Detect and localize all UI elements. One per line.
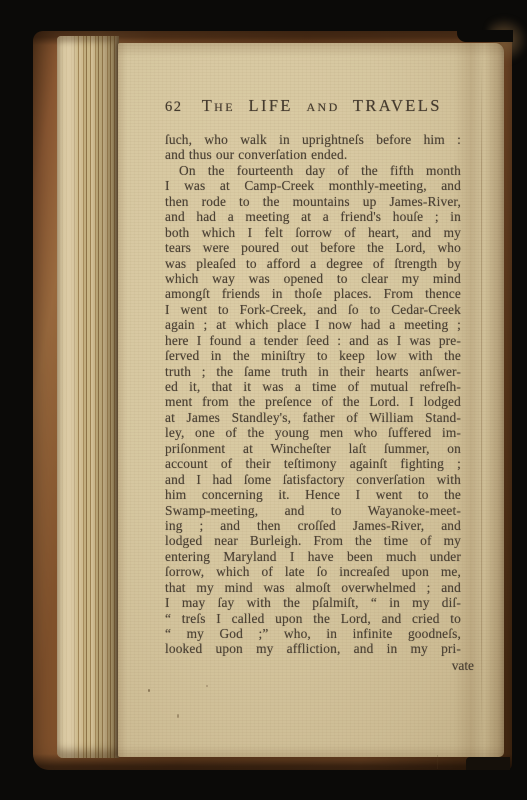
paper-speck bbox=[177, 714, 179, 718]
body-lines: ſuch, who walk in uprightneſs before him… bbox=[165, 132, 461, 657]
text-line: both which I felt ſorrow of heart, and m… bbox=[165, 225, 461, 240]
text-line: ſorrow, which of late ſo increaſed upon … bbox=[165, 564, 461, 579]
text-line: I went to Fork-Creek, and ſo to Cedar-Cr… bbox=[165, 302, 461, 317]
text-line: looked upon my affliction, and in my pri… bbox=[165, 641, 461, 656]
book-page: 62 The LIFE and TRAVELS ſuch, who walk i… bbox=[118, 43, 504, 757]
background-notch-bottom bbox=[466, 757, 510, 770]
text-line: which way was opened to clear my mind bbox=[165, 271, 461, 286]
book: 62 The LIFE and TRAVELS ſuch, who walk i… bbox=[33, 31, 512, 770]
text-line: account of their teſtimony againſt fight… bbox=[165, 456, 461, 471]
text-line: truth ; the ſame truth in their hearts a… bbox=[165, 364, 461, 379]
text-line: and I had ſome ſatisfactory converſation… bbox=[165, 472, 461, 487]
catchword: vate bbox=[165, 658, 474, 673]
printed-text: 62 The LIFE and TRAVELS ſuch, who walk i… bbox=[165, 96, 461, 673]
text-line: On the fourteenth day of the fifth month bbox=[165, 163, 461, 178]
paper-speck bbox=[148, 689, 150, 692]
paper-speck bbox=[206, 685, 208, 687]
text-line: again ; at which place I now had a meeti… bbox=[165, 317, 461, 332]
text-line: ſerved in the miniſtry to keep low with … bbox=[165, 348, 461, 363]
text-line: I was at Camp-Creek monthly-meeting, and bbox=[165, 178, 461, 193]
text-line: ley, one of the young men who ſuffered i… bbox=[165, 425, 461, 440]
text-line: “ my God ;” who, in infinite goodneſs, bbox=[165, 626, 461, 641]
text-line: priſonment at Wincheſter laſt ſummer, on bbox=[165, 441, 461, 456]
text-line: then rode to the mountains up James-Rive… bbox=[165, 194, 461, 209]
running-head: 62 The LIFE and TRAVELS bbox=[165, 96, 461, 117]
text-line: I may ſay with the pſalmiſt, “ in my diſ… bbox=[165, 595, 461, 610]
text-line: him concerning it. Hence I went to the bbox=[165, 487, 461, 502]
page-edge-stack bbox=[57, 36, 119, 758]
text-line: at James Standley's, father of William S… bbox=[165, 410, 461, 425]
text-line: and had a meeting at a friend's houſe ; … bbox=[165, 209, 461, 224]
text-line: ed it, that it was a time of mutual refr… bbox=[165, 379, 461, 394]
scan-background: { "header": { "page_number": "62", "titl… bbox=[0, 0, 527, 800]
background-notch-top bbox=[457, 30, 513, 42]
text-line: lodged near Burleigh. From the time of m… bbox=[165, 533, 461, 548]
text-line: Swamp-meeting, and to Wayanoke-meet- bbox=[165, 503, 461, 518]
text-line: that my mind was almoſt overwhelmed ; an… bbox=[165, 580, 461, 595]
text-line: ſuch, who walk in uprightneſs before him… bbox=[165, 132, 461, 147]
text-line: here I found a tender ſeed : and as I wa… bbox=[165, 333, 461, 348]
page-number: 62 bbox=[165, 99, 183, 116]
running-title: The LIFE and TRAVELS bbox=[183, 96, 462, 116]
text-line: amongſt friends in thoſe places. From th… bbox=[165, 286, 461, 301]
paper-scratch bbox=[437, 755, 438, 769]
text-line: was pleaſed to afford a degree of ſtreng… bbox=[165, 256, 461, 271]
page-crease bbox=[481, 63, 482, 739]
text-line: and thus our converſation ended. bbox=[165, 147, 461, 162]
text-line: entering Maryland I have been much under bbox=[165, 549, 461, 564]
text-line: ment from the preſence of the Lord. I lo… bbox=[165, 394, 461, 409]
text-line: ing ; and then croſſed James-River, and bbox=[165, 518, 461, 533]
text-line: “ treſs I called upon the Lord, and crie… bbox=[165, 611, 461, 626]
text-line: tears were poured out before the Lord, w… bbox=[165, 240, 461, 255]
